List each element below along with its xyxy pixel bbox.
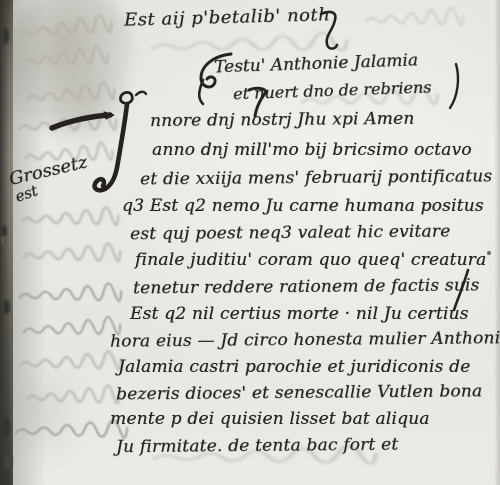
ink-speck — [4, 455, 13, 468]
binding-blot — [2, 28, 9, 44]
attestation-line-1: Testu' Anthonie Jalamia — [214, 50, 419, 77]
manuscript-scan: Est aij p'betalib' noth Testu' Anthonie … — [0, 0, 500, 485]
body-line-13: Ju firmitate. de tenta bac fort et — [116, 435, 398, 457]
heading-line: Est aij p'betalib' noth — [124, 4, 331, 30]
ink-speck — [487, 251, 491, 255]
binding-blot — [2, 418, 10, 436]
ink-speck — [1, 236, 7, 245]
body-line-3: et die xxiija mens' februarij pontificat… — [140, 166, 492, 189]
body-line-8: Est q2 nil certius morte · nil Ju certiu… — [130, 304, 469, 324]
body-line-7: tenetur reddere rationem de factis suis — [133, 275, 480, 298]
attestation-descender-flourish — [446, 62, 464, 112]
body-line-2: anno dnj mill'mo bij bricsimo octavo — [152, 140, 472, 160]
body-line-12: mente p dei quisien lisset bat aliqua — [110, 409, 430, 429]
body-line-9: hora eius — Jd circo honesta mulier Anth… — [110, 328, 500, 351]
bleedthrough-squiggle — [365, 9, 465, 26]
body-line-5: est quj poest neq3 valeat hic evitare — [130, 222, 451, 245]
body-line-1: nnore dnj nostrj Jhu xpi Amen — [150, 109, 415, 131]
initial-flourish — [48, 88, 148, 198]
body-line-6: finale juditiu' coram quo queq' creatura — [135, 250, 486, 270]
binding-blot — [3, 300, 10, 314]
body-line-10: Jalamia castri parochie et juridiconis d… — [118, 357, 470, 377]
body-line-11: bezeris dioces' et senescallie Vutlen bo… — [116, 381, 482, 404]
heading-tail-flourish — [315, 10, 341, 52]
gutter-shadow — [10, 0, 46, 485]
page-right-edge — [494, 0, 500, 485]
body-line-4: q3 Est q2 nemo Ju carne humana positus — [122, 196, 484, 216]
line-end-flourish — [452, 268, 470, 314]
